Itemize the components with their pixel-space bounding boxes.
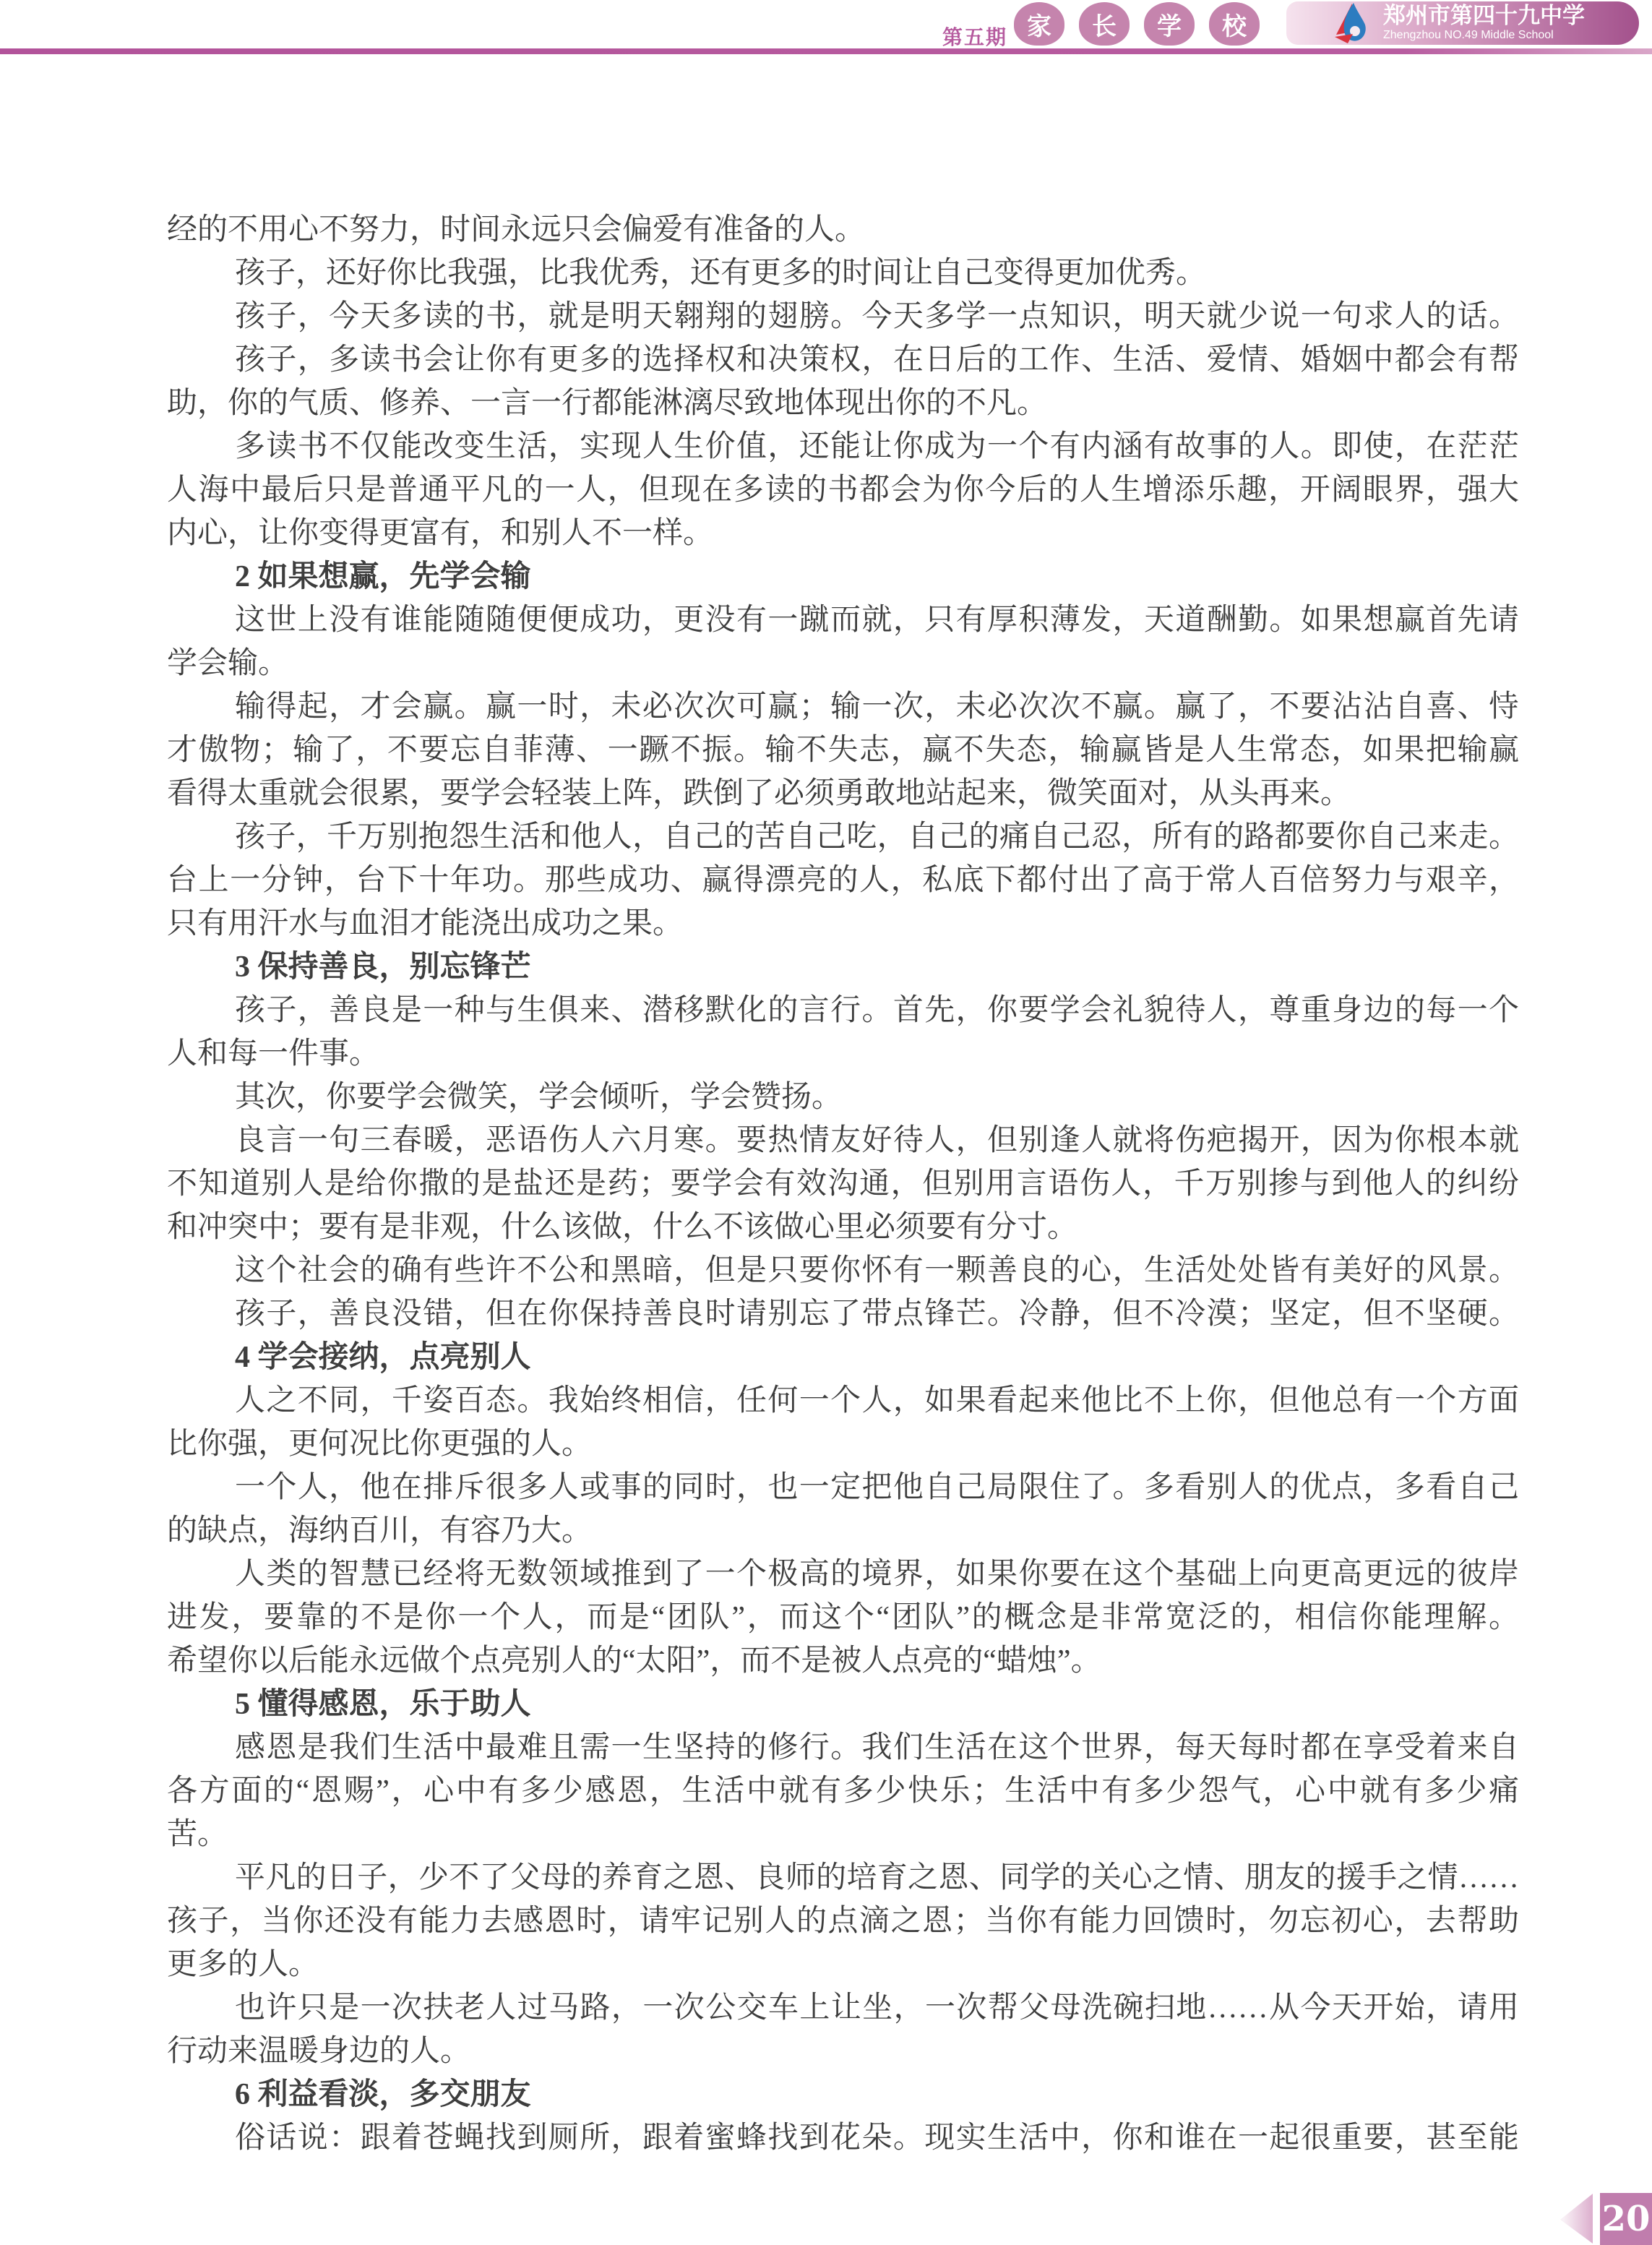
text-line: 6 利益看淡，多交朋友 [167, 2073, 1519, 2116]
text-line: 5 懂得感恩，乐于助人 [167, 1683, 1519, 1726]
text-line: 更多的人。 [167, 1943, 1519, 1986]
text-line: 只有用汗水与血泪才能浇出成功之果。 [167, 902, 1519, 945]
text-line: 人类的智慧已经将无数领域推到了一个极高的境界，如果你要在这个基础上向更高更远的彼… [167, 1553, 1519, 1596]
school-brand-band: 郑州市第四十九中学 Zhengzhou NO.49 Middle School [1286, 1, 1639, 45]
text-line: 3 保持善良，别忘锋芒 [167, 945, 1519, 989]
text-line: 输得起，才会赢。赢一时，未必次次可赢；输一次，未必次次不赢。赢了，不要沾沾自喜、… [167, 685, 1519, 729]
text-line: 经的不用心不努力，时间永远只会偏爱有准备的人。 [167, 208, 1519, 252]
logo-hull [1335, 34, 1353, 43]
text-line: 才傲物；输了，不要忘自菲薄、一蹶不振。输不失志，赢不失态，输赢皆是人生常态，如果… [167, 729, 1519, 772]
text-line: 4 学会接纳，点亮别人 [167, 1336, 1519, 1379]
text-line: 学会输。 [167, 642, 1519, 685]
text-line: 的缺点，海纳百川，有容乃大。 [167, 1509, 1519, 1553]
text-line: 孩子，善良是一种与生俱来、潜移默化的言行。首先，你要学会礼貌待人，尊重身边的每一… [167, 989, 1519, 1032]
text-line: 一个人，他在排斥很多人或事的同时，也一定把他自己局限住了。多看别人的优点，多看自… [167, 1466, 1519, 1509]
page-number-badge: 20 [1600, 2193, 1652, 2245]
text-line: 孩子，还好你比我强，比我优秀，还有更多的时间让自己变得更加优秀。 [167, 252, 1519, 295]
page-number-arrow-icon [1560, 2194, 1593, 2244]
school-name-zh: 郑州市第四十九中学 [1383, 4, 1585, 28]
text-line: 进发，要靠的不是你一个人，而是“团队”，而这个“团队”的概念是非常宽泛的，相信你… [167, 1596, 1519, 1639]
text-line: 台上一分钟，台下十年功。那些成功、赢得漂亮的人，私底下都付出了高于常人百倍努力与… [167, 859, 1519, 902]
text-line: 其次，你要学会微笑，学会倾听，学会赞扬。 [167, 1076, 1519, 1119]
page-number: 20 [1602, 2199, 1651, 2239]
text-line: 苦。 [167, 1813, 1519, 1856]
text-line: 助，你的气质、修养、一言一行都能淋漓尽致地体现出你的不凡。 [167, 382, 1519, 425]
school-name-en: Zhengzhou NO.49 Middle School [1383, 28, 1585, 43]
text-line: 看得太重就会很累，要学会轻装上阵，跌倒了必须勇敢地站起来，微笑面对，从头再来。 [167, 772, 1519, 815]
header-divider-line [0, 48, 1652, 54]
masthead-badge: 学 [1144, 2, 1195, 46]
sailboat-49-logo-icon [1328, 2, 1373, 44]
text-line: 孩子，今天多读的书，就是明天翱翔的翅膀。今天多学一点知识，明天就少说一句求人的话… [167, 295, 1519, 338]
text-line: 良言一句三春暖，恶语伤人六月寒。要热情友好待人，但别逢人就将伤疤揭开，因为你根本… [167, 1119, 1519, 1162]
text-line: 比你强，更何况比你更强的人。 [167, 1422, 1519, 1466]
text-line: 希望你以后能永远做个点亮别人的“太阳”，而不是被人点亮的“蜡烛”。 [167, 1639, 1519, 1683]
text-line: 感恩是我们生活中最难且需一生坚持的修行。我们生活在这个世界，每天每时都在享受着来… [167, 1726, 1519, 1769]
issue-label: 第五期 [942, 22, 1007, 51]
text-line: 人之不同，千姿百态。我始终相信，任何一个人，如果看起来他比不上你，但他总有一个方… [167, 1379, 1519, 1422]
text-line: 人和每一件事。 [167, 1032, 1519, 1076]
school-names: 郑州市第四十九中学 Zhengzhou NO.49 Middle School [1383, 4, 1585, 43]
text-line: 孩子，当你还没有能力去感恩时，请牢记别人的点滴之恩；当你有能力回馈时，勿忘初心，… [167, 1900, 1519, 1943]
text-line: 孩子，善良没错，但在你保持善良时请别忘了带点锋芒。冷静，但不冷漠；坚定，但不坚硬… [167, 1292, 1519, 1336]
masthead-badges: 家长学校 [1014, 2, 1260, 46]
masthead-badge: 长 [1079, 2, 1130, 46]
text-line: 行动来温暖身边的人。 [167, 2030, 1519, 2073]
text-line: 2 如果想赢，先学会输 [167, 555, 1519, 598]
magazine-page: 第五期 家长学校 郑州市第四十九中学 Zhengzhou NO.49 Middl… [0, 0, 1652, 2245]
text-line: 孩子，多读书会让你有更多的选择权和决策权，在日后的工作、生活、爱情、婚姻中都会有… [167, 338, 1519, 382]
text-line: 内心，让你变得更富有，和别人不一样。 [167, 512, 1519, 555]
text-line: 多读书不仅能改变生活，实现人生价值，还能让你成为一个有内涵有故事的人。即使，在茫… [167, 425, 1519, 468]
text-line: 这世上没有谁能随随便便成功，更没有一蹴而就，只有厚积薄发，天道酬勤。如果想赢首先… [167, 598, 1519, 642]
text-line: 各方面的“恩赐”，心中有多少感恩，生活中就有多少快乐；生活中有多少怨气，心中就有… [167, 1769, 1519, 1813]
text-line: 人海中最后只是普通平凡的一人，但现在多读的书都会为你今后的人生增添乐趣，开阔眼界… [167, 468, 1519, 512]
masthead-badge: 家 [1014, 2, 1064, 46]
masthead-badge: 校 [1209, 2, 1260, 46]
text-line: 俗话说：跟着苍蝇找到厕所，跟着蜜蜂找到花朵。现实生活中，你和谁在一起很重要，甚至… [167, 2116, 1519, 2160]
text-line: 平凡的日子，少不了父母的养育之恩、良师的培育之恩、同学的关心之情、朋友的援手之情… [167, 1856, 1519, 1900]
text-line: 和冲突中；要有是非观，什么该做，什么不该做心里必须要有分寸。 [167, 1206, 1519, 1249]
text-line: 孩子，千万别抱怨生活和他人，自己的苦自己吃，自己的痛自己忍，所有的路都要你自己来… [167, 815, 1519, 859]
text-line: 这个社会的确有些许不公和黑暗，但是只要你怀有一颗善良的心，生活处处皆有美好的风景… [167, 1249, 1519, 1292]
article-body: 经的不用心不努力，时间永远只会偏爱有准备的人。孩子，还好你比我强，比我优秀，还有… [167, 208, 1519, 2160]
text-line: 也许只是一次扶老人过马路，一次公交车上让坐，一次帮父母洗碗扫地……从今天开始，请… [167, 1986, 1519, 2030]
text-line: 不知道别人是给你撒的是盐还是药；要学会有效沟通，但别用言语伤人，千万别掺与到他人… [167, 1162, 1519, 1206]
